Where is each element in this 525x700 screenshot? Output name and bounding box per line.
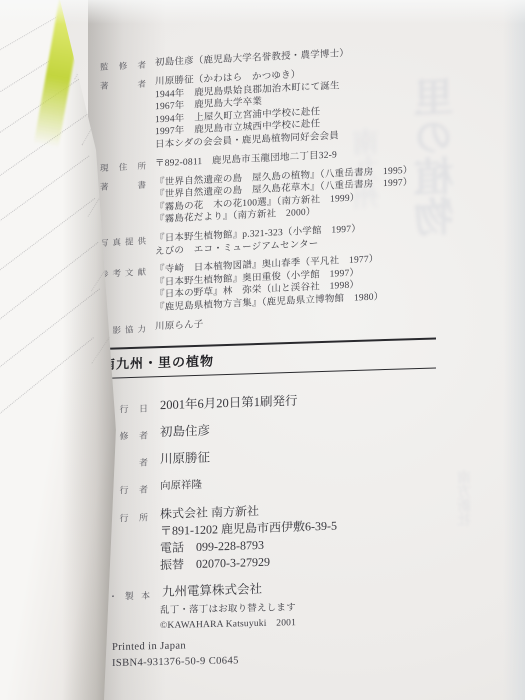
showthrough-text: 南方新社: [456, 470, 476, 526]
colophon-text-line: 九州電算株式会社: [162, 581, 262, 601]
book-photo: 里の植物 南九州 南方新社 監修者 初島住彦（鹿児島大学名誉教授・農学博士） 著…: [0, 0, 525, 700]
profile-row: 著者 川原勝征（かわはら かつゆき） 1944年 鹿児島県姶良郡加治木町にて誕生…: [100, 61, 472, 155]
colophon-text-line: 川原勝征: [160, 450, 210, 469]
profile-row-label: 著書: [100, 177, 146, 230]
profile-row-label: 著者: [100, 77, 146, 155]
colophon-row: 監修者 初島住彦: [100, 415, 436, 443]
colophon-row-content: 向原祥隆: [148, 477, 202, 497]
colophon-row-content: 川原勝征: [148, 450, 210, 469]
colophon-row: 発行所 株式会社 南方新社 〒891-1202 鹿児島市西伊敷6-39-5 電話…: [100, 497, 436, 576]
colophon-row-content: 九州電算株式会社: [150, 581, 262, 602]
colophon-row: 発行者 向原祥隆: [100, 469, 436, 498]
colophon-row-content: 株式会社 南方新社 〒891-1202 鹿児島市西伊敷6-39-5 電話 099…: [148, 501, 337, 575]
profile-row-content: 『寺崎 日本植物図譜』奥山春季（平凡社 1977） 『日本野生植物館』奥田重俊（…: [146, 249, 472, 315]
profile-row-content: 『世界自然遺産の島 屋久島の植物』（八重岳書房 1995） 『世界自然遺産の島 …: [146, 161, 472, 227]
note-line: ©KAWAHARA Katsuyuki 2001: [160, 616, 296, 634]
page-right-edge: [503, 0, 525, 700]
edition-notes: 乱丁・落丁はお取り替えします ©KAWAHARA Katsuyuki 2001: [160, 601, 296, 634]
imprint-line: ISBN4-931376-50-9 C0645: [112, 653, 239, 672]
colophon-row-content: 2001年6月20日第1刷発行: [148, 393, 298, 415]
author-profile-block: 監修者 初島住彦（鹿児島大学名誉教授・農学博士） 著者 川原勝征（かわはら かつ…: [100, 42, 472, 343]
profile-row-content: 川原勝征（かわはら かつゆき） 1944年 鹿児島県姶良郡加治木町にて誕生 19…: [146, 61, 472, 153]
colophon-row: 著者 川原勝征: [100, 442, 436, 470]
imprint-block: Printed in Japan ISBN4-931376-50-9 C0645: [112, 637, 239, 672]
profile-row-label: 現住所: [100, 158, 146, 173]
colophon-text-line: 初島住彦: [160, 423, 210, 442]
colophon-rows: 発行日 2001年6月20日第1刷発行 監修者 初島住彦: [100, 388, 436, 603]
profile-row-label: 監修者: [100, 58, 146, 73]
colophon-text-line: 2001年6月20日第1刷発行: [160, 393, 298, 414]
profile-row-label: 写真提供: [100, 234, 146, 261]
colophon-row: 印刷・製本 九州電算株式会社: [100, 575, 436, 603]
colophon-text-line: 向原祥隆: [160, 477, 202, 496]
colophon-row: 発行日 2001年6月20日第1刷発行: [100, 388, 436, 416]
colophon-row-content: 初島住彦: [148, 423, 210, 442]
colophon-block: 南九州・里の植物 発行日 2001年6月20日第1刷発行 監修: [100, 337, 436, 613]
